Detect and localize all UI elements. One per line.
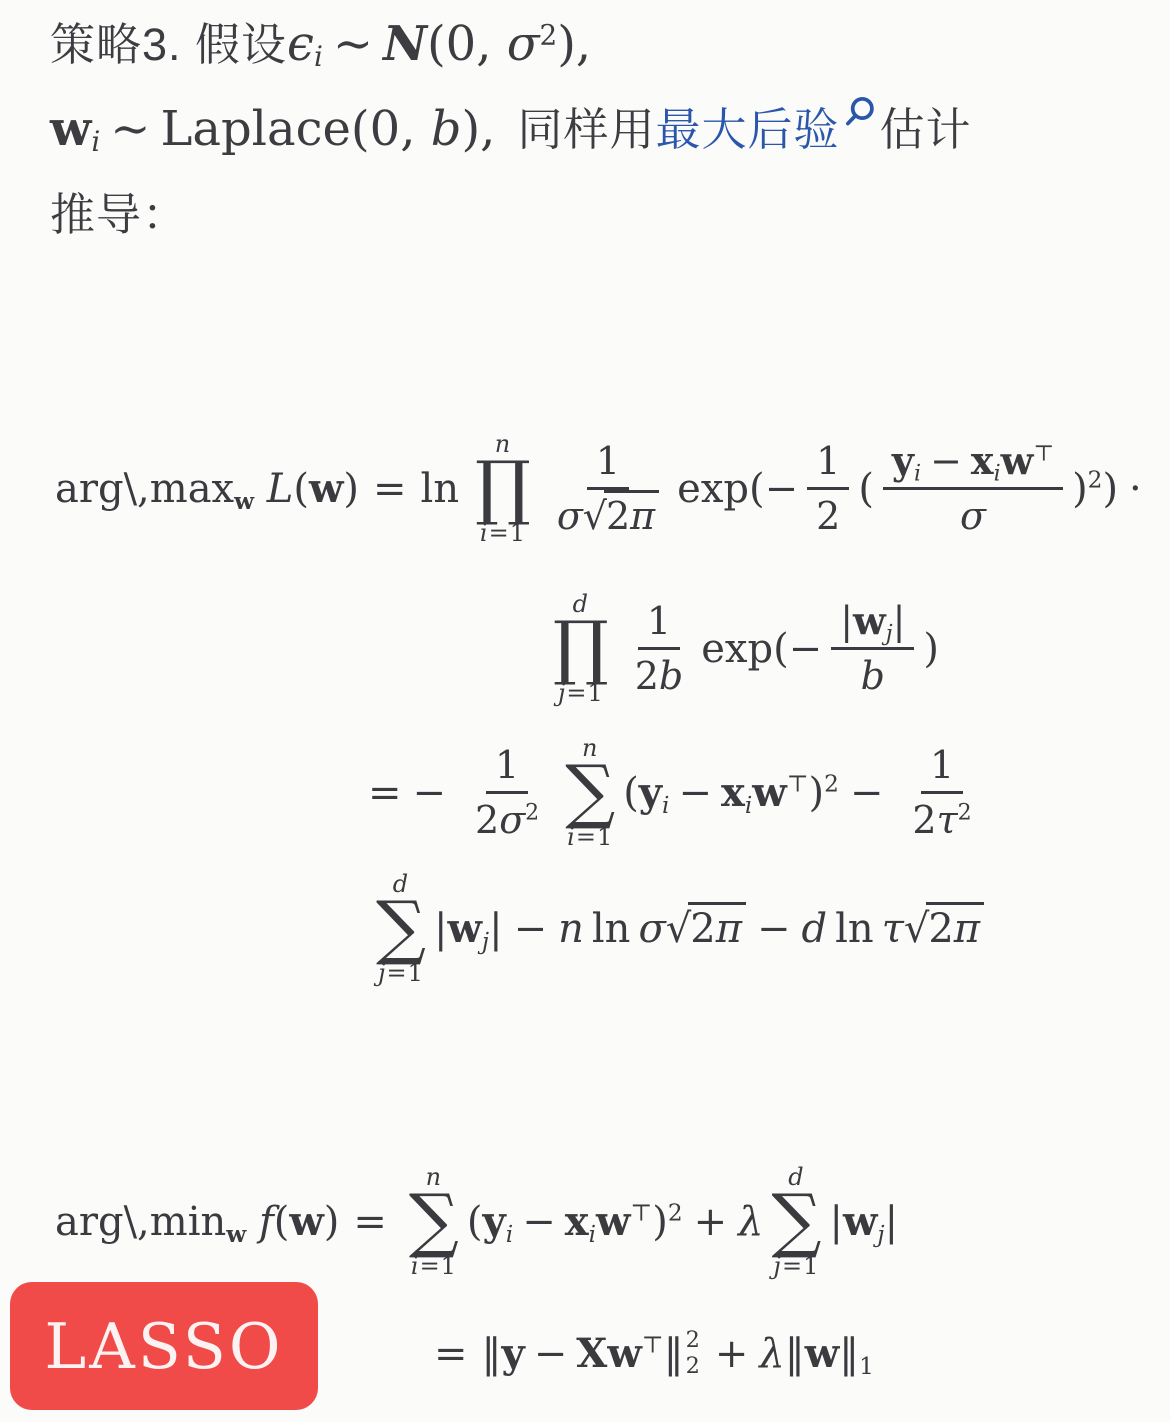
search-icon[interactable] [841,107,877,137]
math-token: ‖y−Xw⊤‖ [482,1334,684,1374]
product-operator: d ∏ j=1 [553,592,609,705]
page-root: 策略3. 假设ϵi∼N(0, σ2), wi∼Laplace(0, b),同样用… [0,0,1170,1422]
intro-line-2: wi∼Laplace(0, b),同样用最大后验估计 [50,87,1140,172]
intro-cn-text: 推导： [50,189,188,240]
math-token: + [715,1334,749,1374]
lasso-badge-label: LASSO [44,1310,283,1383]
sum-operator: n ∑ i=1 [565,736,615,849]
math-token: |wj| [829,1202,898,1242]
math-token: nlnσ√2π [558,909,746,949]
math-token: ( [858,469,874,509]
math-line-regularizer: d ∑ j=1 |wj| − nlnσ√2π − dlnτ√2π [368,872,984,985]
fraction: 1 2τ2 [903,744,980,841]
fraction: 1 2σ2 [466,744,548,841]
equals-sign: = [434,1334,468,1374]
sum-operator: d ∑ j=1 [771,1165,821,1278]
intro-cn-text: 估计 [879,104,971,155]
fraction: 1 2 [807,440,849,537]
math-token: + [694,1202,728,1242]
fraction: |wj| b [831,600,914,697]
math-token: (yi−xiw⊤)2 [623,773,839,813]
math-token: · [1129,469,1142,509]
equals-sign: = [373,469,407,509]
math-token: λ‖w‖1 [759,1334,874,1374]
product-operator: n ∏ i=1 [475,432,531,545]
fraction: 1 σ√2π [548,440,668,537]
math-token: |wj| [434,909,503,949]
math-line-log-expansion: = − 1 2σ2 n ∑ i=1 (yi−xiw⊤)2 − 1 2τ2 [368,736,990,849]
math-line-argmax: arg\,maxw L(w) = ln n ∏ i=1 1 σ√2π exp(−… [55,432,1153,545]
math-token: ln [421,469,460,509]
math-token: exp(− [677,469,798,509]
math-line-lasso-norm: = ‖y−Xw⊤‖ 2 2 + λ‖w‖1 [420,1328,874,1380]
math-token: − [850,773,884,813]
epsilon-symbol: ϵ [287,16,314,72]
math-token: ) [923,629,939,669]
math-token: exp(− [701,629,822,669]
sum-operator: n ∑ i=1 [409,1165,459,1278]
equals-sign: = [368,773,402,813]
math-token: − [413,773,447,813]
intro-line-1: 策略3. 假设ϵi∼N(0, σ2), [50,2,1140,87]
lambda-symbol: λ [738,1202,763,1242]
math-token: arg\,maxw L(w) [55,469,359,509]
intro-line-3: 推导： [50,172,1140,257]
math-token: (yi−xiw⊤)2 [467,1202,683,1242]
equals-sign: = [353,1202,387,1242]
fraction: yi−xiw⊤ σ [883,440,1063,537]
math-token: − [757,909,791,949]
intro-paragraph: 策略3. 假设ϵi∼N(0, σ2), wi∼Laplace(0, b),同样用… [50,2,1140,257]
norm-sup-sub: 2 2 [686,1328,700,1380]
math-token: dlnτ√2π [802,909,985,949]
intro-cn-text: 同样用 [517,104,655,155]
sum-operator: d ∑ j=1 [376,872,426,985]
fraction: 1 2b [626,600,693,697]
intro-cn-text: 策略3. 假设 [50,19,287,70]
math-line-laplace-prior: d ∏ j=1 1 2b exp(− |wj| b ) [545,592,939,705]
math-token: arg\,minw f(w) [55,1202,339,1242]
lasso-badge: LASSO [10,1282,318,1410]
math-token: − [514,909,548,949]
math-token: )2) [1072,469,1118,509]
normal-dist-symbol: N [383,16,427,72]
math-line-argmin: arg\,minw f(w) = n ∑ i=1 (yi−xiw⊤)2 + λ … [55,1165,898,1278]
map-estimation-link[interactable]: 最大后验 [655,104,839,155]
